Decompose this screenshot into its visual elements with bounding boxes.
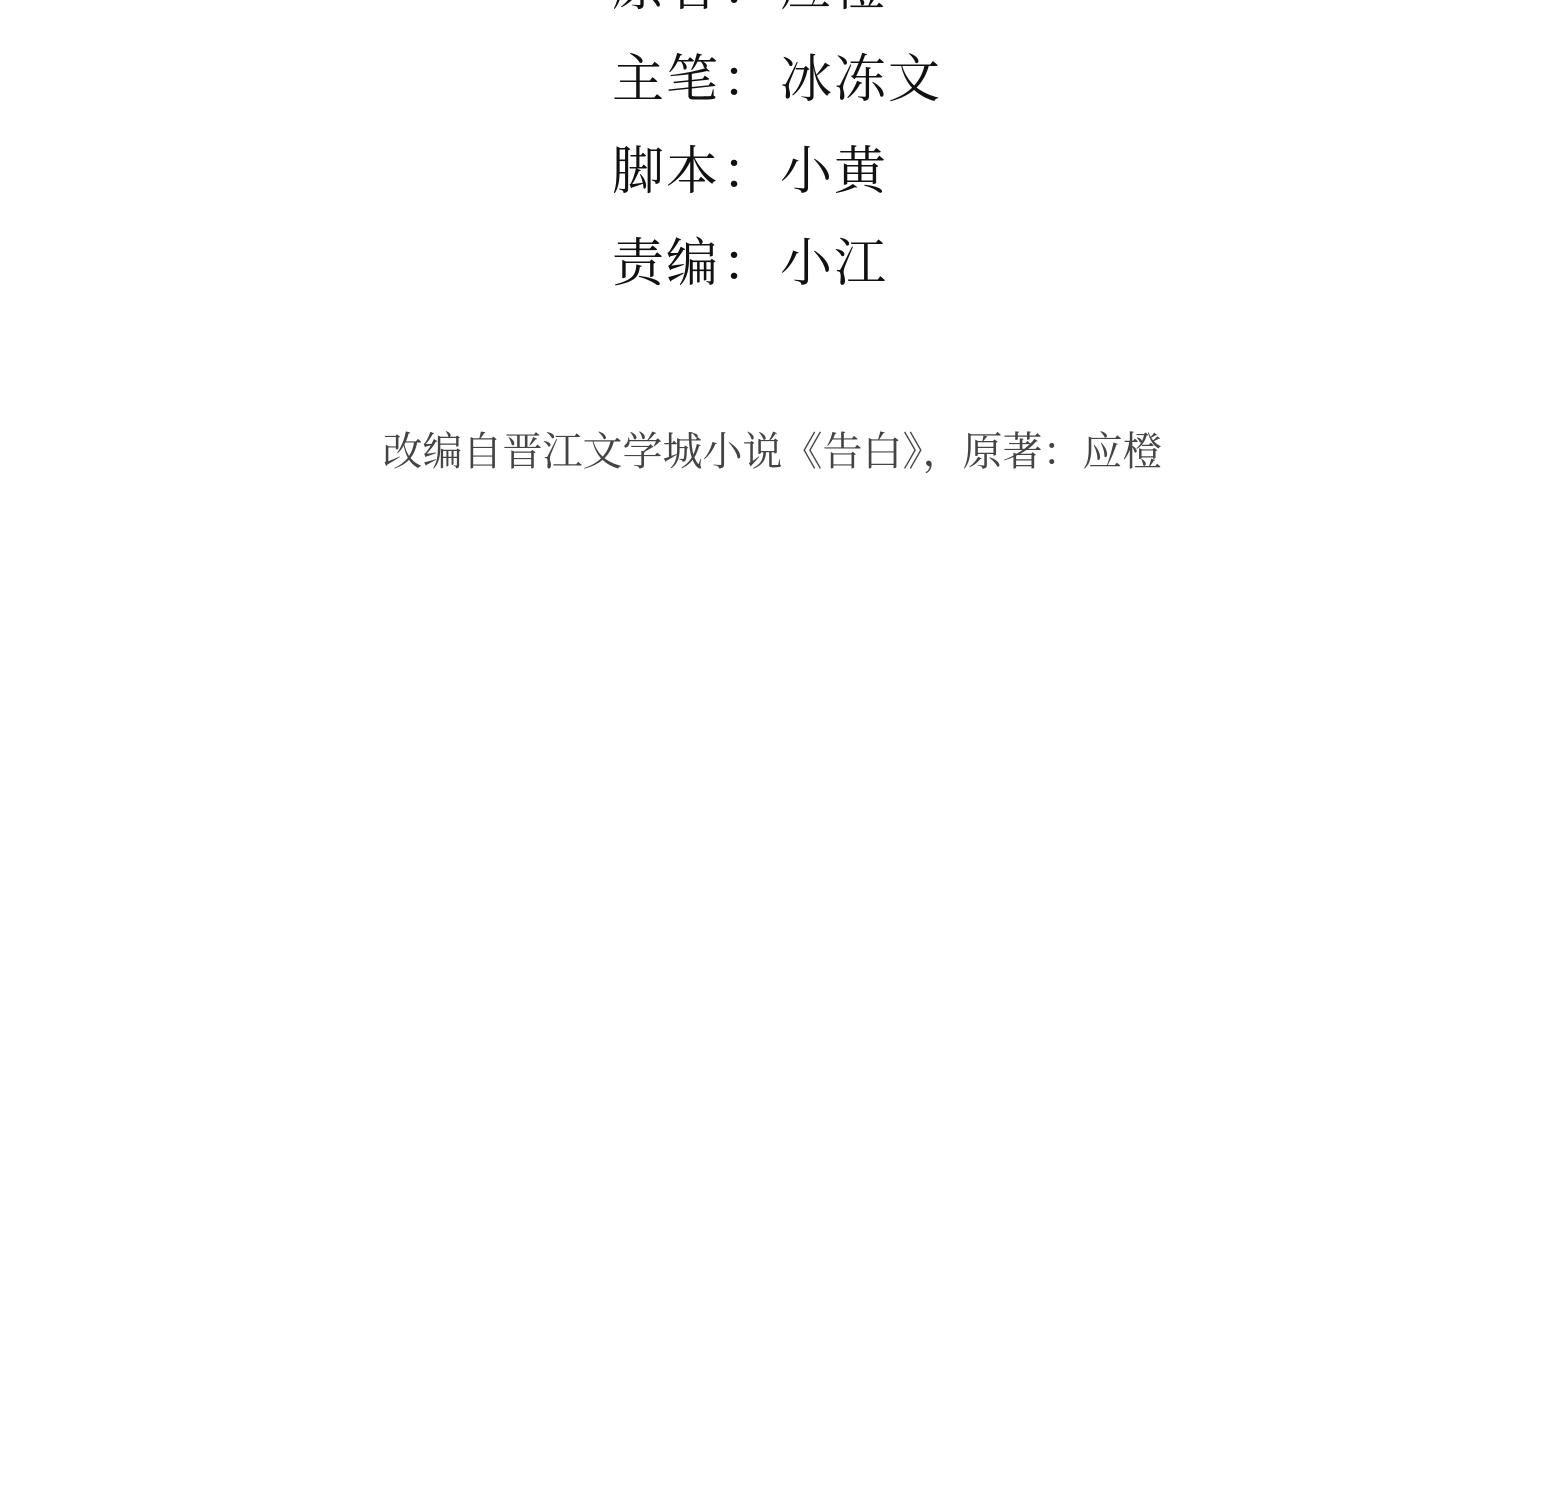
credit-colon: ： [722,234,780,294]
credit-role-label: 主笔 [612,50,722,110]
credit-name: 冰冻文 [780,50,942,110]
credit-name: 应橙 [780,0,888,18]
credit-role-label: 原著 [612,0,722,18]
credit-colon: ： [722,142,780,202]
credit-name: 小江 [780,234,888,294]
credit-lead-artist: 主笔 ： 冰冻文 [612,50,942,110]
credit-script: 脚本 ： 小黄 [612,142,888,202]
credit-colon: ： [722,0,780,18]
adaptation-note: 改编自晋江文学城小说《告白》，原著：应橙 [0,424,1545,480]
credit-name: 小黄 [780,142,888,202]
credit-original-author: 原著 ： 应橙 [612,0,888,18]
credit-colon: ： [722,50,780,110]
credit-role-label: 脚本 [612,142,722,202]
credit-editor: 责编 ： 小江 [612,234,888,294]
credit-role-label: 责编 [612,234,722,294]
